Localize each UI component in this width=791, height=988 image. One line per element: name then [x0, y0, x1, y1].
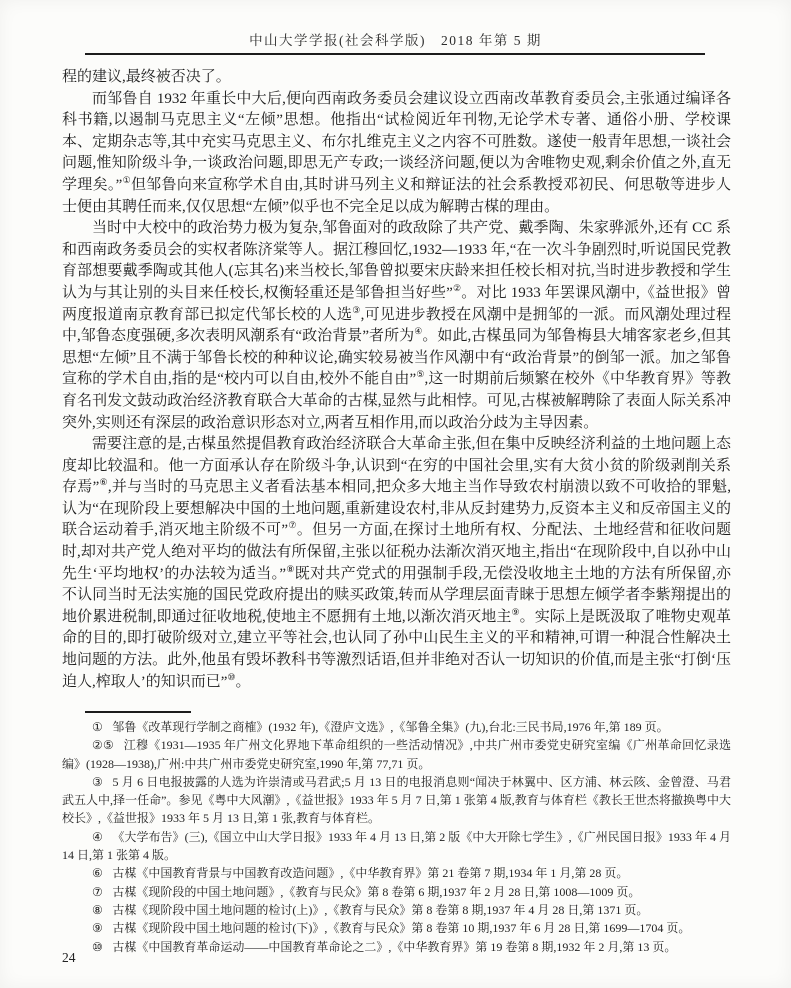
scanned-paper-page: 中山大学学报(社会科学版) 2018 年第 5 期 程的建议,最终被否决了。 而… — [0, 0, 791, 988]
footnote-number: ②⑤ — [92, 738, 114, 752]
footnote-text: 古楳《现阶段中国土地问题的检讨(上)》,《教育与民众》第 8 卷第 8 期,19… — [112, 903, 648, 917]
header-rule — [85, 53, 705, 55]
footnote-number: ⑦ — [92, 885, 103, 899]
footnotes: ①邹鲁《改革现行学制之商榷》(1932 年),《澄庐文选》,《邹鲁全集》(九),… — [62, 718, 731, 956]
footnote-text: 古楳《中国教育背景与中国教育改造问题》,《中华教育界》第 21 卷第 7 期,1… — [112, 866, 628, 880]
footnote-separator — [85, 711, 191, 713]
footnote-number: ③ — [92, 775, 103, 789]
footnote-text: 《大学布告》(三),《国立中山大学日报》1933 年 4 月 13 日,第 2 … — [62, 830, 731, 862]
footnote-text: 古楳《现阶段中国土地问题的检讨(下)》,《教育与民众》第 8 卷第 10 期,1… — [112, 921, 690, 935]
footnote-text: 5 月 6 日电报披露的人选为许崇清或马君武;5 月 13 日的电报消息则“闻决… — [62, 775, 731, 826]
footnote-item: ②⑤江穆《1931—1935 年广州文化界地下革命组织的一些活动情况》,中共广州… — [62, 736, 731, 773]
footnote-number: ⑨ — [92, 921, 103, 935]
footnote-item: ①邹鲁《改革现行学制之商榷》(1932 年),《澄庐文选》,《邹鲁全集》(九),… — [62, 718, 731, 736]
article-body: 程的建议,最终被否决了。 而邹鲁自 1932 年重长中大后,便向西南政务委员会建… — [62, 67, 731, 693]
page-number: 24 — [62, 950, 76, 966]
footnote-item: ⑥古楳《中国教育背景与中国教育改造问题》,《中华教育界》第 21 卷第 7 期,… — [62, 864, 731, 882]
journal-title-and-issue: 中山大学学报(社会科学版) 2018 年第 5 期 — [249, 33, 542, 48]
footnote-item: ④《大学布告》(三),《国立中山大学日报》1933 年 4 月 13 日,第 2… — [62, 828, 731, 865]
footnote-number: ④ — [92, 830, 103, 844]
footnote-item: ⑧古楳《现阶段中国土地问题的检讨(上)》,《教育与民众》第 8 卷第 8 期,1… — [62, 901, 731, 919]
footnote-number: ⑩ — [92, 940, 103, 954]
footnote-item: ⑩古楳《中国教育革命运动——中国教育革命论之二》,《中华教育界》第 19 卷第 … — [62, 938, 731, 956]
footnote-text: 邹鲁《改革现行学制之商榷》(1932 年),《澄庐文选》,《邹鲁全集》(九),台… — [112, 720, 668, 734]
body-paragraph: 需要注意的是,古楳虽然提倡教育政治经济联合大革命主张,但在集中反映经济利益的土地… — [62, 434, 731, 693]
footnote-number: ① — [92, 720, 103, 734]
footnote-text: 古楳《中国教育革命运动——中国教育革命论之二》,《中华教育界》第 19 卷第 8… — [112, 940, 676, 954]
body-paragraph: 当时中大校中的政治势力极为复杂,邹鲁面对的政敌除了共产党、戴季陶、朱家骅派外,还… — [62, 218, 731, 434]
footnote-text: 江穆《1931—1935 年广州文化界地下革命组织的一些活动情况》,中共广州市委… — [62, 738, 731, 770]
journal-header: 中山大学学报(社会科学版) 2018 年第 5 期 — [0, 29, 791, 49]
footnote-number: ⑥ — [92, 866, 103, 880]
body-paragraph: 程的建议,最终被否决了。 — [62, 67, 731, 89]
footnote-item: ⑦古楳《现阶段的中国土地问题》,《教育与民众》第 8 卷第 6 期,1937 年… — [62, 883, 731, 901]
footnote-item: ⑨古楳《现阶段中国土地问题的检讨(下)》,《教育与民众》第 8 卷第 10 期,… — [62, 919, 731, 937]
footnote-text: 古楳《现阶段的中国土地问题》,《教育与民众》第 8 卷第 6 期,1937 年 … — [112, 885, 640, 899]
footnote-number: ⑧ — [92, 903, 103, 917]
body-paragraph: 而邹鲁自 1932 年重长中大后,便向西南政务委员会建议设立西南改革教育委员会,… — [62, 89, 731, 219]
footnote-item: ③5 月 6 日电报披露的人选为许崇清或马君武;5 月 13 日的电报消息则“闻… — [62, 773, 731, 828]
